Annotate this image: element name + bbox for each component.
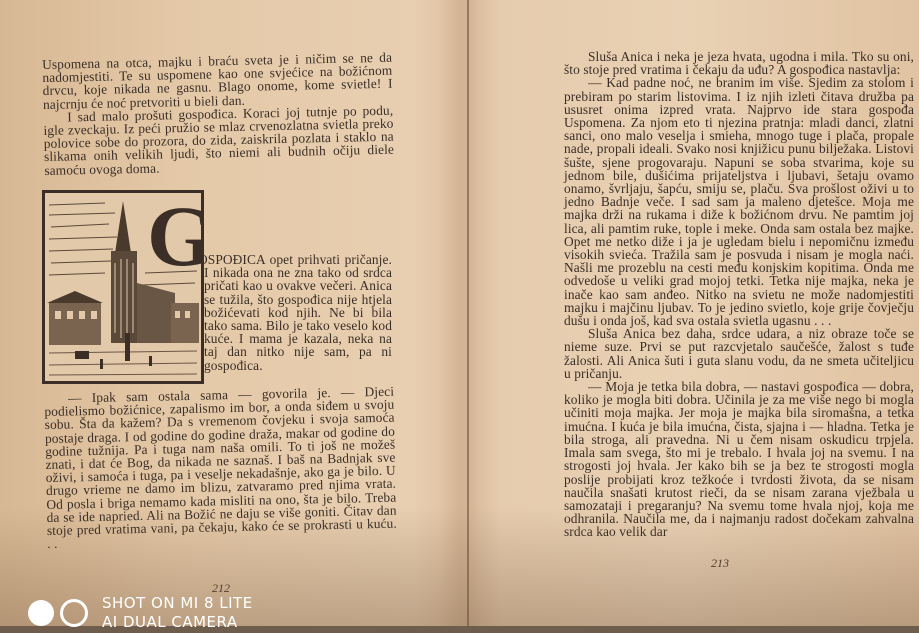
woodcut-illustration: G bbox=[42, 190, 204, 384]
camera-watermark: SHOT ON MI 8 LITE AI DUAL CAMERA bbox=[28, 594, 253, 632]
book-gutter bbox=[467, 0, 469, 626]
right-text: Sluša Anica i neka je jeza hvata, ugodna… bbox=[564, 50, 914, 539]
page-number-right: 213 bbox=[711, 556, 729, 571]
paragraph: — Moja je tetka bila dobra, — nastavi go… bbox=[564, 380, 914, 538]
watermark-line-2: AI DUAL CAMERA bbox=[102, 613, 253, 632]
svg-text:G: G bbox=[147, 193, 201, 284]
paragraph: Sluša Anica bez daha, srdce udara, a niz… bbox=[564, 327, 914, 380]
watermark-filled-circle-icon bbox=[28, 600, 54, 626]
book-spread: Uspomena na otca, majku i braću sveta je… bbox=[0, 0, 919, 626]
paragraph: Sluša Anica i neka je jeza hvata, ugodna… bbox=[564, 50, 914, 76]
cathedral-woodcut-icon: G bbox=[45, 193, 201, 381]
drop-cap-section: G OSPOĐICA opet prihvati pričanje. I nik… bbox=[42, 190, 392, 390]
paragraph: — Kad padne noć, ne branim im više. Sjed… bbox=[564, 76, 914, 327]
left-top-text: Uspomena na otca, majku i braću sveta je… bbox=[42, 51, 394, 177]
watermark-text: SHOT ON MI 8 LITE AI DUAL CAMERA bbox=[102, 594, 253, 632]
paragraph: I sad malo prošuti gospođica. Koraci joj… bbox=[43, 103, 394, 176]
drop-cap-paragraph: opet prihvati pričanje. I nikada ona ne … bbox=[204, 252, 392, 373]
left-bottom-text: — Ipak sam ostala sama — govorila je. — … bbox=[44, 385, 397, 551]
drop-cap-text: OSPOĐICA opet prihvati pričanje. I nikad… bbox=[204, 253, 392, 372]
watermark-ring-circle-icon bbox=[60, 599, 88, 627]
gutter-shadow bbox=[440, 0, 500, 626]
watermark-line-1: SHOT ON MI 8 LITE bbox=[102, 594, 253, 613]
paragraph: — Ipak sam ostala sama — govorila je. — … bbox=[44, 385, 397, 551]
paragraph: Uspomena na otca, majku i braću sveta je… bbox=[42, 51, 393, 111]
